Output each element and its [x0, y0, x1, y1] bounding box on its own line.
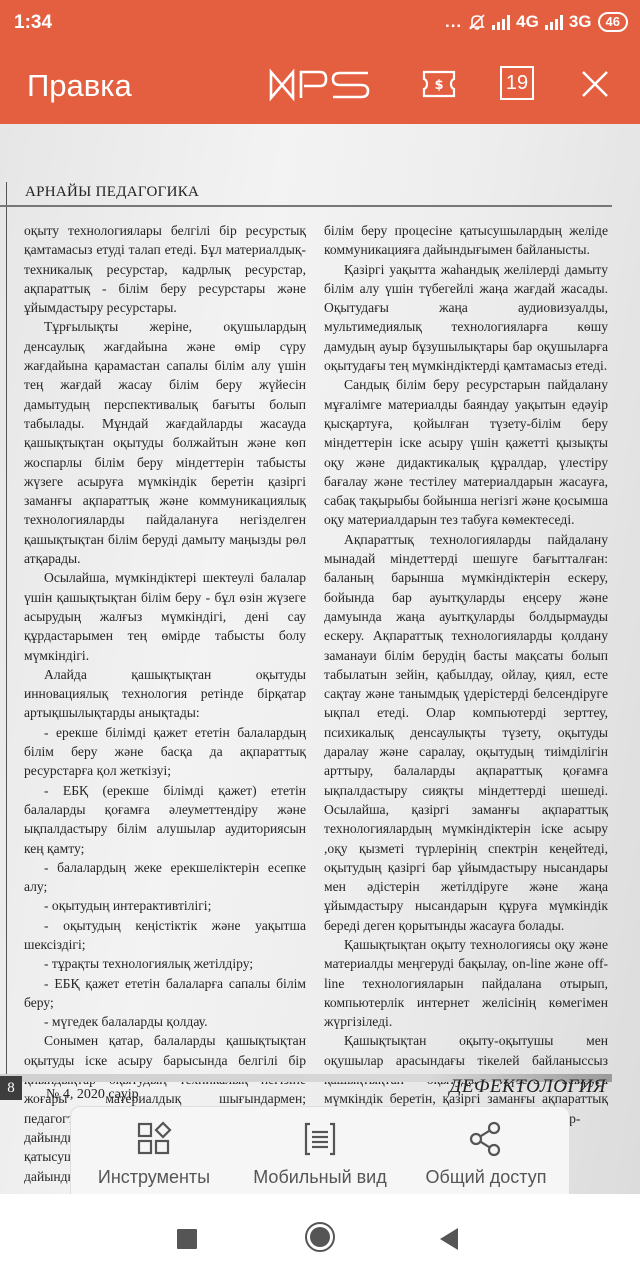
home-icon[interactable]: [305, 1222, 335, 1252]
status-bar: 1:34 ... 4G 3G 46: [0, 0, 640, 46]
tools-grid-icon: [136, 1121, 172, 1157]
toolbar: Правка $ 19: [0, 56, 640, 116]
edit-button[interactable]: Правка: [27, 68, 132, 104]
right-column: білім беру процесіне қатысушылардың желі…: [324, 221, 608, 1128]
page-count-button[interactable]: 19: [500, 66, 534, 100]
share-label: Общий доступ: [426, 1167, 547, 1188]
list-item: - ЕБҚ (ерекше білімді қажет) ететін бала…: [24, 781, 306, 858]
page-number: 8: [0, 1076, 22, 1100]
list-item: - ерекше білімді қажет ететін балалардың…: [24, 723, 306, 781]
list-item: - тұрақты технологиялық жетілдіру;: [24, 954, 306, 973]
paragraph: білім беру процесіне қатысушылардың желі…: [324, 221, 608, 260]
mobile-view-button[interactable]: Мобильный вид: [237, 1107, 403, 1197]
mobile-view-label: Мобильный вид: [253, 1167, 387, 1188]
paragraph: Қашықтықтан оқыту технологиясы оқу және …: [324, 935, 608, 1031]
list-item: - оқытудың интерактивтілігі;: [24, 896, 306, 915]
list-item: - балалардың жеке ерекшеліктерін есепке …: [24, 858, 306, 897]
list-item: - ЕБҚ қажет ететін балаларға сапалы білі…: [24, 974, 306, 1013]
share-button[interactable]: Общий доступ: [403, 1107, 569, 1197]
paragraph: Осылайша, мүмкіндіктері шектеулі балалар…: [24, 568, 306, 664]
bell-muted-icon: [468, 13, 486, 31]
notification-dots: ...: [445, 12, 462, 32]
network-type-2: 3G: [569, 12, 592, 32]
battery-indicator: 46: [598, 12, 628, 32]
paragraph: Алайда қашықтықтан оқытуды инновациялық …: [24, 665, 306, 723]
network-type-1: 4G: [516, 12, 539, 32]
bottom-action-bar: Инструменты Мобильный вид Общий д: [70, 1106, 570, 1198]
paragraph: Тұрғылықты жеріне, оқушылардың денсаулық…: [24, 317, 306, 568]
tools-button[interactable]: Инструменты: [71, 1107, 237, 1197]
paragraph: Сандық білім беру ресурстарын пайдалану …: [324, 375, 608, 529]
mobile-view-icon: [302, 1121, 338, 1157]
svg-text:$: $: [434, 78, 443, 93]
journal-name: ДЕФЕКТОЛОГИЯ: [449, 1076, 606, 1098]
wps-logo-icon[interactable]: [268, 68, 372, 102]
list-item: - мүгедек балаларды қолдау.: [24, 1012, 306, 1031]
recent-apps-icon[interactable]: [177, 1229, 197, 1249]
tools-label: Инструменты: [98, 1167, 210, 1188]
system-nav-bar: [0, 1194, 640, 1280]
document-page[interactable]: АРНАЙЫ ПЕДАГОГИКА оқыту технологиялары б…: [0, 124, 640, 1194]
back-icon[interactable]: [440, 1228, 458, 1250]
margin-rule: [6, 182, 7, 1082]
section-title: АРНАЙЫ ПЕДАГОГИКА: [25, 184, 199, 201]
close-icon[interactable]: [580, 69, 610, 99]
money-ticket-icon[interactable]: $: [422, 70, 456, 98]
left-column: оқыту технологиялары белгілі бір ресурст…: [24, 221, 306, 1186]
signal-icon-1: [492, 14, 510, 30]
header-divider: [0, 205, 612, 207]
issue-info: № 4, 2020 сәуір: [46, 1087, 139, 1103]
status-icons: ... 4G 3G 46: [445, 12, 628, 32]
share-icon: [468, 1121, 504, 1157]
app-header: 1:34 ... 4G 3G 46 Правка $ 19: [0, 0, 640, 124]
signal-icon-2: [545, 14, 563, 30]
paragraph: оқыту технологиялары белгілі бір ресурст…: [24, 221, 306, 317]
paragraph: Ақпараттық технологияларды пайдалану мын…: [324, 530, 608, 935]
list-item: - оқытудың кеңістіктік және уақытша шекс…: [24, 916, 306, 955]
status-time: 1:34: [14, 12, 52, 34]
paragraph: Қазіргі уақытта жаһандық желілерді дамыт…: [324, 260, 608, 376]
